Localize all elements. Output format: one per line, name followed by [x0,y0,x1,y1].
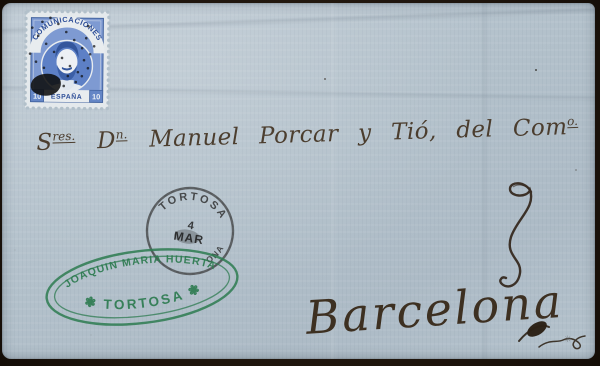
postmark-town: TORTOSA [156,186,233,224]
salutation-superscript: res. [52,129,75,144]
stamp-country: ESPAÑA [51,92,83,101]
postage-stamp: COMUNICACIONES 10 10 ESPAÑA [23,10,110,111]
stamp-design: COMUNICACIONES 10 10 ESPAÑA [28,14,104,107]
cover-photo: COMUNICACIONES 10 10 ESPAÑA [0,0,600,366]
recipient-name: Manuel Porcar y Tió, del Com [149,114,568,152]
merchant-oval-cachet: JOAQUIN MARIA HUERTA ❃ TORTOSA ❃ [38,236,246,338]
salutation: S [36,130,53,156]
cachet-town-line: ❃ TORTOSA ❃ [82,280,206,318]
letter-paper: COMUNICACIONES 10 10 ESPAÑA [2,3,595,359]
address-line: Sres. Dn. Manuel Porcar y Tió, del Como. [36,113,597,156]
honorific-superscript: n. [116,128,128,142]
city-flourish [505,303,600,358]
expert-mark: ✳ [564,334,572,345]
recipient-superscript: o. [567,114,578,128]
honorific: D [97,128,117,155]
svg-text:TORTOSA: TORTOSA [156,186,233,224]
stamp-value-right: 10 [92,92,100,101]
svg-text:❃ TORTOSA ❃: ❃ TORTOSA ❃ [82,280,206,318]
